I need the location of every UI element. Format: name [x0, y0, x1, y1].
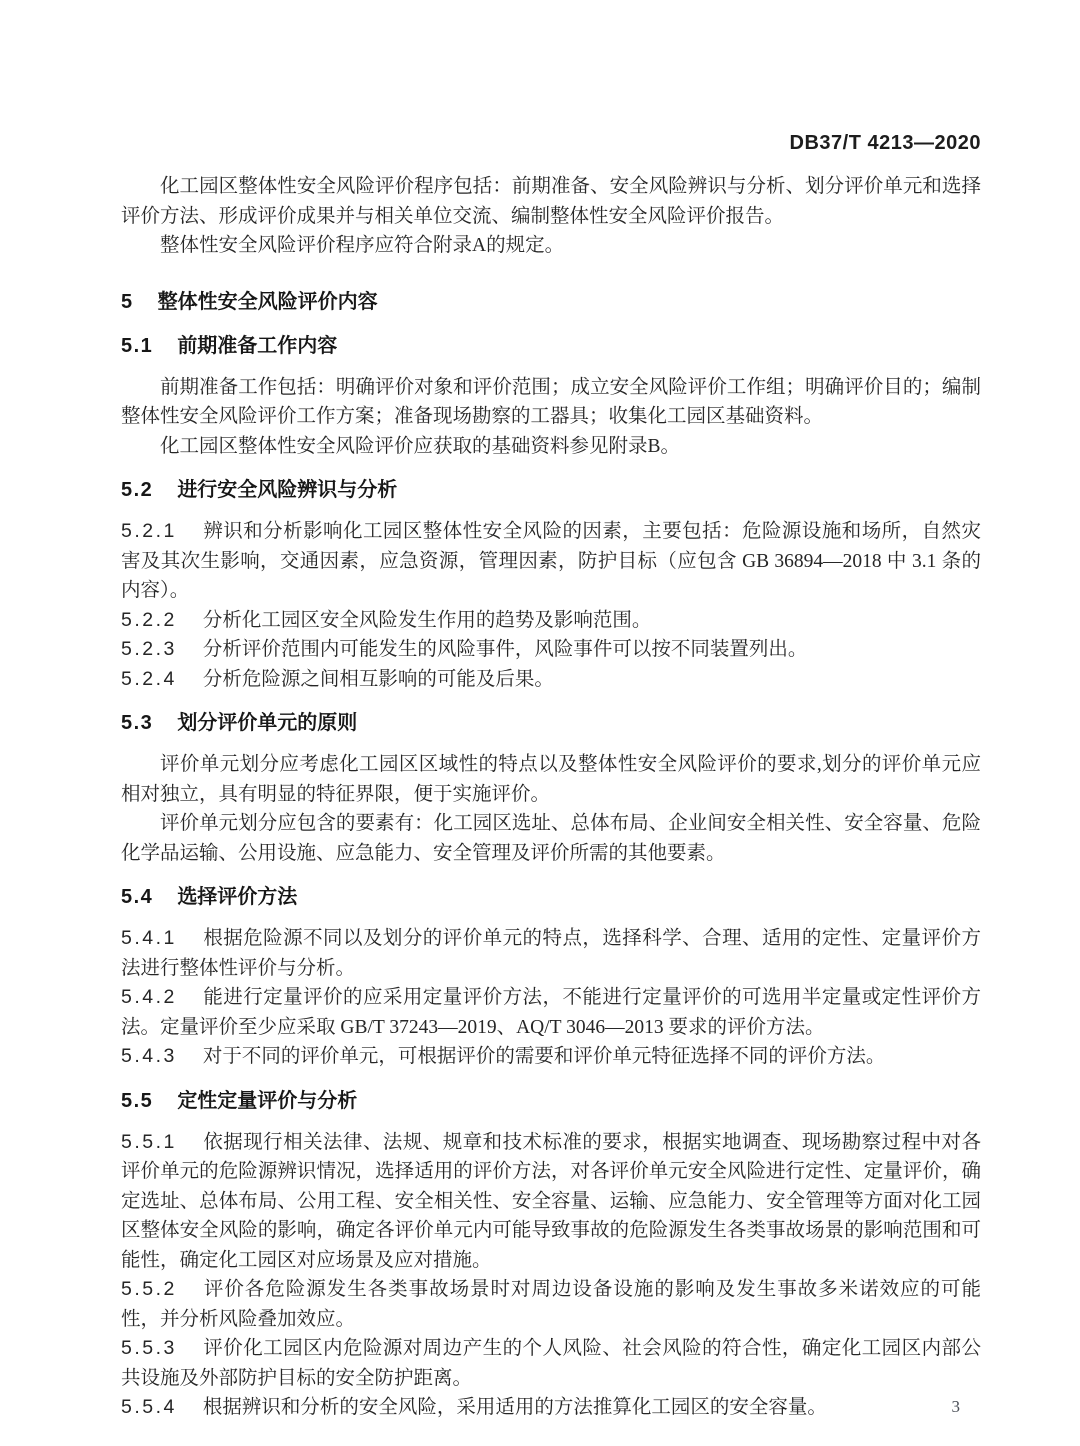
clause-number: 5.2.4 [121, 668, 177, 690]
section-number: 5.1 [121, 335, 153, 357]
clause-number: 5.5.2 [121, 1278, 177, 1300]
chapter-heading: 5整体性安全风险评价内容 [121, 287, 981, 317]
intro-paragraph: 化工园区整体性安全风险评价程序包括：前期准备、安全风险辨识与分析、划分评价单元和… [121, 172, 981, 231]
clause-text: 分析评价范围内可能发生的风险事件，风险事件可以按不同装置列出。 [203, 639, 808, 660]
clause-text: 根据辨识和分析的安全风险，采用适用的方法推算化工园区的安全容量。 [203, 1397, 827, 1418]
section-number: 5.3 [121, 712, 153, 734]
section-heading-5-2: 5.2进行安全风险辨识与分析 [121, 475, 981, 505]
section-title: 选择评价方法 [177, 886, 297, 908]
section-number: 5.4 [121, 886, 153, 908]
section-heading-5-1: 5.1前期准备工作内容 [121, 331, 981, 361]
clause-5-2-4: 5.2.4分析危险源之间相互影响的可能及后果。 [121, 665, 981, 695]
clause-5-5-2: 5.5.2评价各危险源发生各类事故场景时对周边设备设施的影响及发生事故多米诺效应… [121, 1275, 981, 1334]
section-title: 进行安全风险辨识与分析 [177, 479, 397, 501]
clause-5-4-1: 5.4.1根据危险源不同以及划分的评价单元的特点，选择科学、合理、适用的定性、定… [121, 924, 981, 983]
clause-number: 5.5.1 [121, 1131, 177, 1153]
page-number: 3 [952, 1396, 961, 1418]
clause-text: 辨识和分析影响化工园区整体性安全风险的因素，主要包括：危险源设施和场所，自然灾害… [121, 521, 981, 601]
section-heading-5-3: 5.3划分评价单元的原则 [121, 708, 981, 738]
clause-5-4-2: 5.4.2能进行定量评价的应采用定量评价方法，不能进行定量评价的可选用半定量或定… [121, 983, 981, 1042]
clause-text: 依据现行相关法律、法规、规章和技术标准的要求，根据实地调查、现场勘察过程中对各评… [121, 1132, 981, 1271]
section-paragraph: 化工园区整体性安全风险评价应获取的基础资料参见附录B。 [121, 432, 981, 462]
clause-5-5-4: 5.5.4根据辨识和分析的安全风险，采用适用的方法推算化工园区的安全容量。 [121, 1393, 981, 1423]
clause-text: 分析危险源之间相互影响的可能及后果。 [203, 669, 554, 690]
clause-number: 5.4.3 [121, 1045, 177, 1067]
section-paragraph: 前期准备工作包括：明确评价对象和评价范围；成立安全风险评价工作组；明确评价目的；… [121, 373, 981, 432]
section-heading-5-5: 5.5定性定量评价与分析 [121, 1086, 981, 1116]
clause-number: 5.4.1 [121, 927, 177, 949]
section-title: 前期准备工作内容 [177, 335, 337, 357]
clause-text: 对于不同的评价单元，可根据评价的需要和评价单元特征选择不同的评价方法。 [203, 1046, 886, 1067]
clause-number: 5.5.4 [121, 1396, 177, 1418]
clause-text: 评价各危险源发生各类事故场景时对周边设备设施的影响及发生事故多米诺效应的可能性，… [121, 1279, 981, 1330]
section-paragraph: 评价单元划分应包含的要素有：化工园区选址、总体布局、企业间安全相关性、安全容量、… [121, 809, 981, 868]
section-number: 5.5 [121, 1090, 153, 1112]
document-content: DB37/T 4213—2020 化工园区整体性安全风险评价程序包括：前期准备、… [121, 130, 981, 1423]
clause-5-2-1: 5.2.1辨识和分析影响化工园区整体性安全风险的因素，主要包括：危险源设施和场所… [121, 517, 981, 606]
intro-paragraph: 整体性安全风险评价程序应符合附录A的规定。 [121, 231, 981, 261]
clause-5-2-3: 5.2.3分析评价范围内可能发生的风险事件，风险事件可以按不同装置列出。 [121, 635, 981, 665]
section-title: 划分评价单元的原则 [177, 712, 357, 734]
clause-number: 5.2.1 [121, 520, 177, 542]
clause-5-5-1: 5.5.1依据现行相关法律、法规、规章和技术标准的要求，根据实地调查、现场勘察过… [121, 1128, 981, 1276]
clause-text: 根据危险源不同以及划分的评价单元的特点，选择科学、合理、适用的定性、定量评价方法… [121, 928, 981, 979]
section-paragraph: 评价单元划分应考虑化工园区区域性的特点以及整体性安全风险评价的要求,划分的评价单… [121, 750, 981, 809]
section-title: 定性定量评价与分析 [177, 1090, 357, 1112]
clause-text: 评价化工园区内危险源对周边产生的个人风险、社会风险的符合性，确定化工园区内部公共… [121, 1338, 981, 1389]
clause-5-5-3: 5.5.3评价化工园区内危险源对周边产生的个人风险、社会风险的符合性，确定化工园… [121, 1334, 981, 1393]
clause-text: 分析化工园区安全风险发生作用的趋势及影响范围。 [203, 610, 652, 631]
chapter-title: 整体性安全风险评价内容 [158, 291, 378, 313]
doc-number-header: DB37/T 4213—2020 [121, 130, 981, 156]
section-number: 5.2 [121, 479, 153, 501]
clause-number: 5.5.3 [121, 1337, 177, 1359]
clause-number: 5.4.2 [121, 986, 177, 1008]
clause-5-4-3: 5.4.3对于不同的评价单元，可根据评价的需要和评价单元特征选择不同的评价方法。 [121, 1042, 981, 1072]
section-heading-5-4: 5.4选择评价方法 [121, 882, 981, 912]
document-page: DB37/T 4213—2020 化工园区整体性安全风险评价程序包括：前期准备、… [0, 0, 1080, 1446]
chapter-number: 5 [121, 291, 134, 313]
clause-number: 5.2.3 [121, 638, 177, 660]
clause-number: 5.2.2 [121, 609, 177, 631]
clause-5-2-2: 5.2.2分析化工园区安全风险发生作用的趋势及影响范围。 [121, 606, 981, 636]
clause-text: 能进行定量评价的应采用定量评价方法，不能进行定量评价的可选用半定量或定性评价方法… [121, 987, 981, 1038]
